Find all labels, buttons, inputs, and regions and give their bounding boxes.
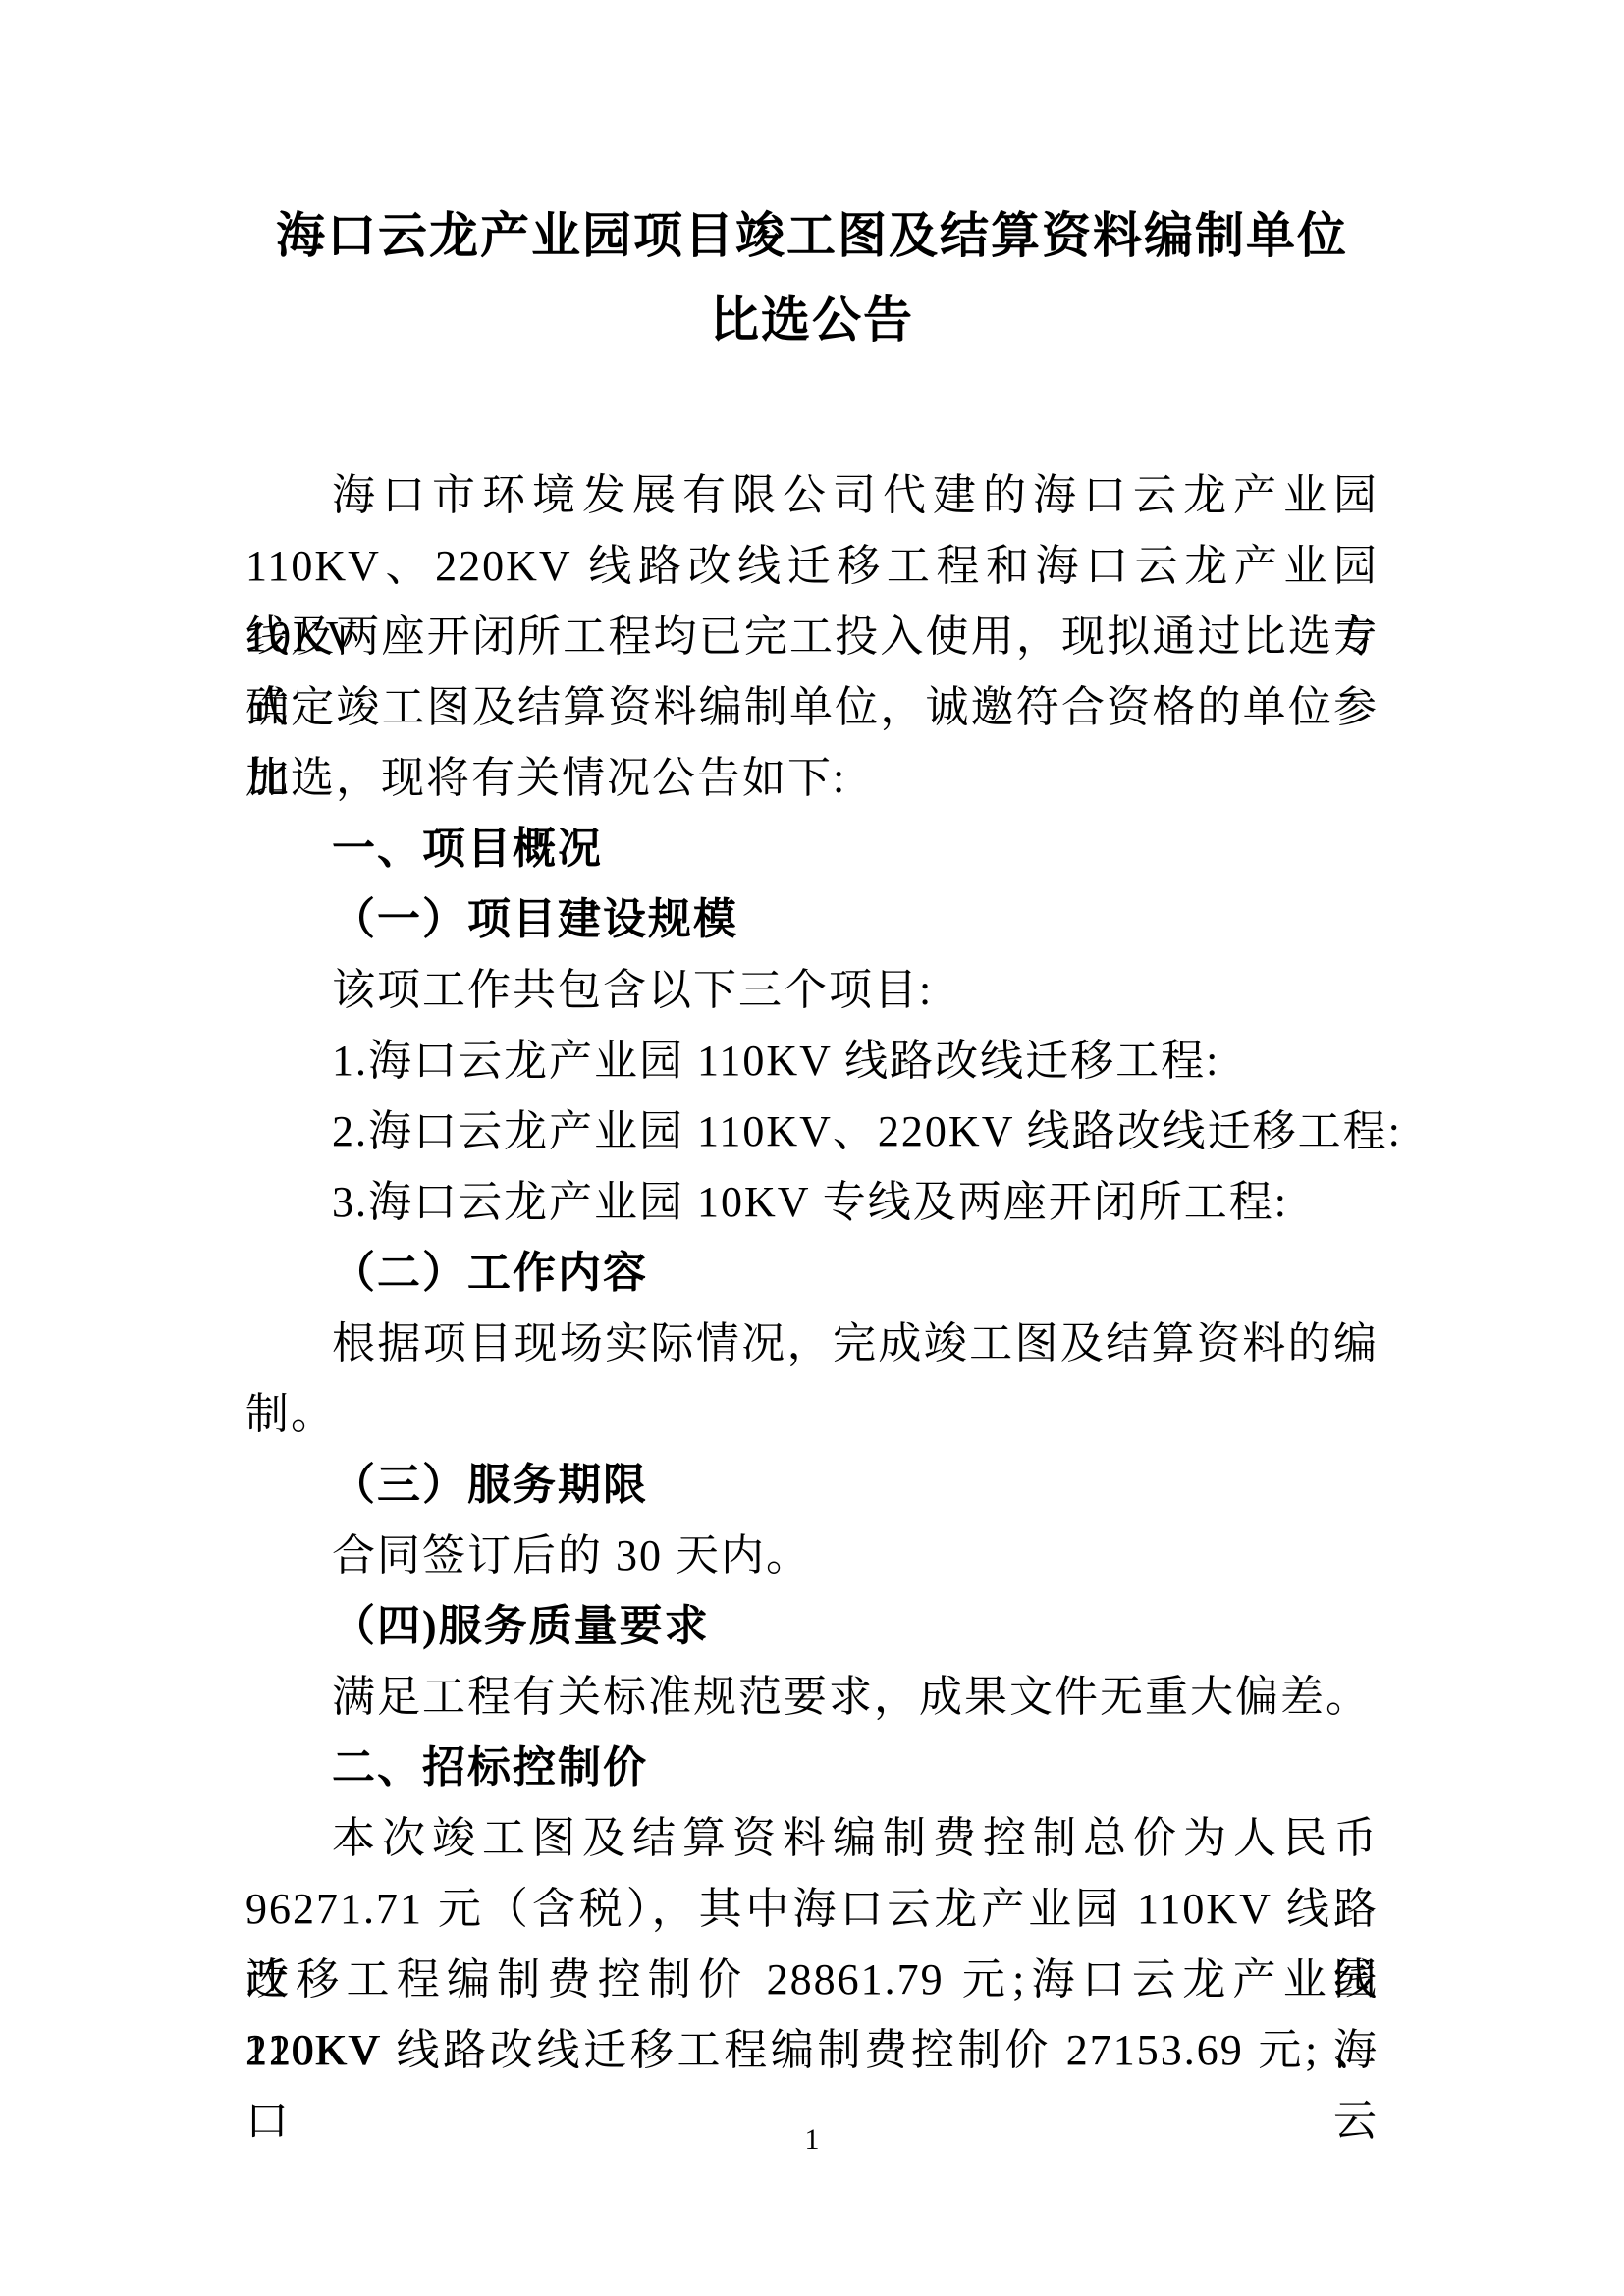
document-page: 海口云龙产业园项目竣工图及结算资料编制单位 比选公告 海口市环境发展有限公司代建… [0, 0, 1624, 2296]
paragraph-line: 96271.71 元（含税），其中海口云龙产业园 110KV 线路改线 [245, 1874, 1379, 1945]
paragraph-line: 根据项目现场实际情况，完成竣工图及结算资料的编 [245, 1308, 1379, 1379]
document-title-line-1: 海口云龙产业园项目竣工图及结算资料编制单位 [245, 193, 1379, 278]
heading-construction-scale: （一）项目建设规模 [245, 884, 1379, 955]
paragraph-line: 海口市环境发展有限公司代建的海口云龙产业园 [245, 460, 1379, 531]
paragraph-line: 110KV、220KV 线路改线迁移工程和海口云龙产业园 10KV 专 [245, 531, 1379, 602]
document-title: 海口云龙产业园项目竣工图及结算资料编制单位 比选公告 [245, 193, 1379, 362]
paragraph-line: 线及两座开闭所工程均已完工投入使用，现拟通过比选方式 [245, 602, 1379, 672]
list-item-project-3: 3.海口云龙产业园 10KV 专线及两座开闭所工程: [245, 1167, 1379, 1238]
heading-project-overview: 一、项目概况 [245, 814, 1379, 884]
paragraph-line: 本次竣工图及结算资料编制费控制总价为人民币 [245, 1803, 1379, 1874]
paragraph-line: 比选，现将有关情况公告如下: [245, 743, 1379, 814]
page-number: 1 [0, 2120, 1624, 2160]
heading-service-period: （三）服务期限 [245, 1450, 1379, 1521]
paragraph-line: 满足工程有关标准规范要求，成果文件无重大偏差。 [245, 1662, 1379, 1733]
paragraph-line: 220KV 线路改线迁移工程编制费控制价 27153.69 元; 海口云 [245, 2015, 1379, 2086]
document-title-line-2: 比选公告 [245, 278, 1379, 362]
paragraph-line: 迁移工程编制费控制价 28861.79 元;海口云龙产业园110KV、 [245, 1945, 1379, 2015]
paragraph-line: 制。 [245, 1379, 1379, 1450]
document-body: 海口市环境发展有限公司代建的海口云龙产业园 110KV、220KV 线路改线迁移… [245, 460, 1379, 2086]
heading-service-quality: （四)服务质量要求 [245, 1591, 1379, 1662]
list-item-project-2: 2.海口云龙产业园 110KV、220KV 线路改线迁移工程: [245, 1096, 1379, 1167]
heading-work-content: （二）工作内容 [245, 1238, 1379, 1308]
paragraph-line: 该项工作共包含以下三个项目: [245, 955, 1379, 1026]
paragraph-line: 确定竣工图及结算资料编制单位，诚邀符合资格的单位参加 [245, 672, 1379, 743]
document-content: 海口云龙产业园项目竣工图及结算资料编制单位 比选公告 海口市环境发展有限公司代建… [245, 193, 1379, 2086]
list-item-project-1: 1.海口云龙产业园 110KV 线路改线迁移工程: [245, 1026, 1379, 1096]
paragraph-line: 合同签订后的 30 天内。 [245, 1521, 1379, 1591]
heading-control-price: 二、招标控制价 [245, 1733, 1379, 1803]
